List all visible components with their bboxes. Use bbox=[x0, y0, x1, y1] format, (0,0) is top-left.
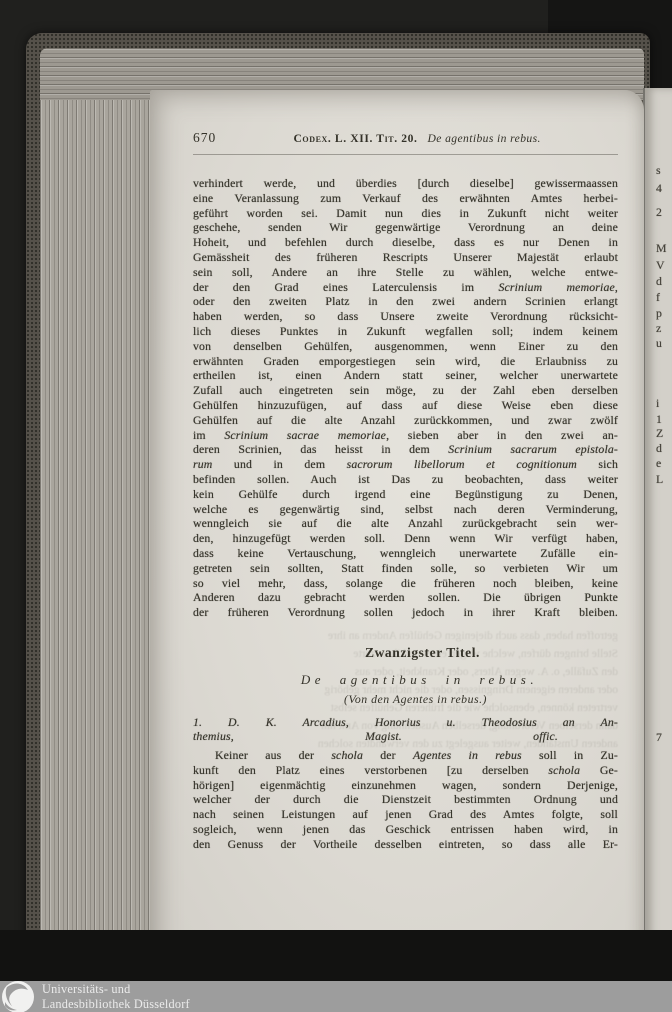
page-stack-left-edge bbox=[40, 48, 156, 950]
header-rule bbox=[193, 154, 618, 155]
text-line: Keiner aus der schola der Agentes in reb… bbox=[193, 748, 618, 763]
page-content: 670 Codex. L. XII. Tit. 20. De agentibus… bbox=[193, 130, 618, 851]
text-line: ertheilen ist, einen Andern statt seiner… bbox=[193, 368, 618, 383]
text-line: lich dieses Punktes in Zukunft wegfallen… bbox=[193, 324, 618, 339]
text-line: befinden sollen. Auch ist Das zu beobach… bbox=[193, 472, 618, 487]
text-line: rum und in dem sacrorum libellorum et co… bbox=[193, 457, 618, 472]
section-title: Zwanzigster Titel. bbox=[193, 645, 618, 660]
text-line: verhindert werde, und überdies [durch di… bbox=[193, 176, 618, 191]
facing-page-letter: Z bbox=[656, 426, 672, 441]
text-line: Gehülfen auf die alte Anzahl zurückkomme… bbox=[193, 413, 618, 428]
facing-page-letter: V bbox=[656, 258, 672, 273]
text-line: eine Veranlassung zum Verkauf des erwähn… bbox=[193, 191, 618, 206]
facing-page-letter: M bbox=[656, 241, 672, 256]
library-name: Universitäts- und Landesbibliothek Düsse… bbox=[42, 982, 190, 1012]
scanned-book-photo: getroffen haben, dass auch diejenigen Ge… bbox=[0, 0, 672, 1012]
facing-page-letter: p bbox=[656, 306, 672, 321]
text-line: welcher der durch die Dienstzeit bestimm… bbox=[193, 792, 618, 807]
text-line: hörigen] eigenmächtig einzunehmen wagen,… bbox=[193, 778, 618, 793]
rescript-heading: 1. D. K. Arcadius, Honorius u. Theodosiu… bbox=[193, 715, 618, 743]
facing-page-letter: d bbox=[656, 441, 672, 456]
library-name-line1: Universitäts- und bbox=[42, 982, 190, 997]
paragraph-1: verhindert werde, und überdies [durch di… bbox=[193, 176, 618, 620]
text-line: getreten sein sollten, Statt finden soll… bbox=[193, 561, 618, 576]
text-line: deren Scrinien, das heisst in dem Scrini… bbox=[193, 442, 618, 457]
facing-page-letter: e bbox=[656, 456, 672, 471]
text-line: so viel mehr, dass, solange die früheren… bbox=[193, 576, 618, 591]
text-line: kein Gehülfe durch irgend eine Begünstig… bbox=[193, 487, 618, 502]
text-line: der früheren Verordnung sollen jedoch in… bbox=[193, 605, 618, 620]
text-line: Anderen dazu gebracht werden sollen. Die… bbox=[193, 590, 618, 605]
running-title-latin: De agentibus in rebus. bbox=[427, 132, 540, 145]
text-line: der den Grad eines Laterculensis im Scri… bbox=[193, 280, 618, 295]
text-line: den Genuss der Vortheile desselben eintr… bbox=[193, 837, 618, 852]
facing-page-letter: L bbox=[656, 472, 672, 487]
section-subtitle-latin: De agentibus in rebus. bbox=[193, 672, 618, 686]
text-line: geführt worden sei. Damit nun dies in Zu… bbox=[193, 206, 618, 221]
text-line: oder den zweiten Platz in den zwei ander… bbox=[193, 294, 618, 309]
facing-page-letter: s bbox=[656, 163, 672, 178]
running-title-roman: Codex. L. XII. Tit. 20. bbox=[293, 132, 417, 145]
paragraph-2: Keiner aus der schola der Agentes in reb… bbox=[193, 748, 618, 852]
text-line: 1. D. K. Arcadius, Honorius u. Theodosiu… bbox=[193, 715, 618, 729]
text-line: im Scrinium sacrae memoriae, sieben aber… bbox=[193, 428, 618, 443]
facing-page-letter: 2 bbox=[656, 205, 672, 220]
page-number: 670 bbox=[193, 130, 216, 146]
library-name-line2: Landesbibliothek Düsseldorf bbox=[42, 997, 190, 1012]
facing-page-letter: i bbox=[656, 396, 672, 411]
text-line: wenngleich sie auf die alte Anzahl zurüc… bbox=[193, 516, 618, 531]
running-title: Codex. L. XII. Tit. 20. De agentibus in … bbox=[216, 132, 618, 145]
text-line: Gehülfen hinzuzufügen, auf dass auf dies… bbox=[193, 398, 618, 413]
text-line: erwähnten Graden emporgestiegen sein wir… bbox=[193, 354, 618, 369]
text-line: welche es gegenwärtig sind, selbst nach … bbox=[193, 502, 618, 517]
text-line: nach seinen Leistungen auf jenen Grad de… bbox=[193, 807, 618, 822]
text-line: sogleich, wenn jenen das Geschick entris… bbox=[193, 822, 618, 837]
facing-page-letter: d bbox=[656, 274, 672, 289]
text-line: dass keine Vertauschung, wenngleich uner… bbox=[193, 546, 618, 561]
text-line: Hoheit, und befehlen durch dieselbe, das… bbox=[193, 235, 618, 250]
page-header: 670 Codex. L. XII. Tit. 20. De agentibus… bbox=[193, 130, 618, 147]
facing-page-letter: 7 bbox=[656, 730, 672, 745]
section-subtitle-german: (Von den Agentes in rebus.) bbox=[193, 692, 618, 704]
text-line: kunft den Platz eines verstorbenen [zu d… bbox=[193, 763, 618, 778]
text-line: Zufall auch eingetreten sein möge, zu de… bbox=[193, 383, 618, 398]
text-line: themius, Magist. offic. bbox=[193, 729, 618, 743]
text-line: haben werden, so dass Unsere zweite Vero… bbox=[193, 309, 618, 324]
text-line: von denselben Gehülfen, ausgenommen, wen… bbox=[193, 339, 618, 354]
facing-page-letter: 4 bbox=[656, 181, 672, 196]
facing-page-letter: f bbox=[656, 290, 672, 305]
facing-page-letter: 1 bbox=[656, 412, 672, 427]
library-logo-icon bbox=[1, 979, 37, 1012]
text-line: Gemässheit des früheren Rescripts Unsere… bbox=[193, 250, 618, 265]
text-line: den, hinzugefügt werden soll. Denn wenn … bbox=[193, 531, 618, 546]
text-line: geschehe, senden Wir gegenwärtige Verord… bbox=[193, 220, 618, 235]
text-line: sein soll, Andere an ihre Stelle zu wähl… bbox=[193, 265, 618, 280]
library-footer-banner: Universitäts- und Landesbibliothek Düsse… bbox=[0, 981, 672, 1012]
facing-page-letter: u bbox=[656, 336, 672, 351]
facing-page-letter: z bbox=[656, 321, 672, 336]
